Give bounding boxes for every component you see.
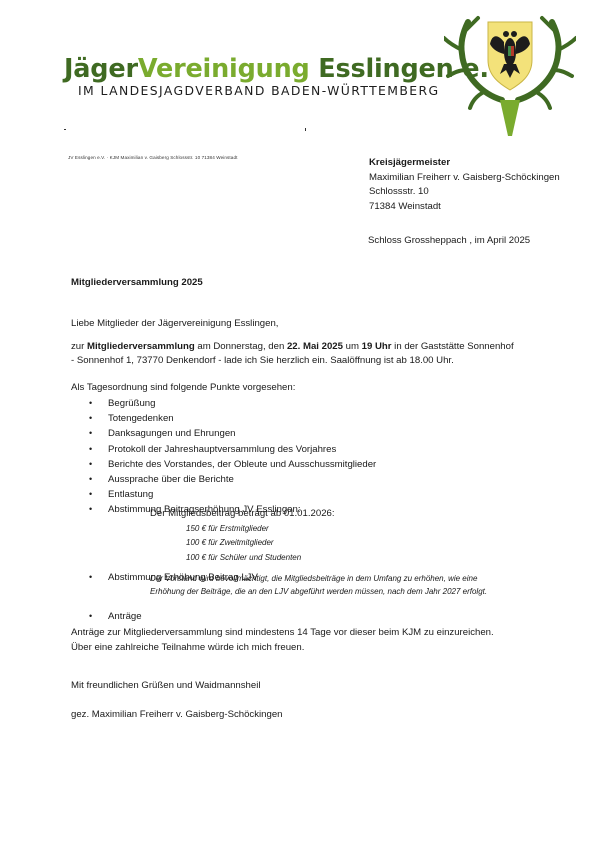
- bullet-icon: •: [89, 457, 92, 472]
- invitation-line-2: - Sonnenhof 1, 73770 Denkendorf - lade i…: [71, 354, 514, 368]
- signature: gez. Maximilian Freiherr v. Gaisberg-Sch…: [71, 709, 283, 720]
- ljv-note: Der Vorstand wird bevollmächtigt, die Mi…: [150, 573, 487, 598]
- deadline-line: Anträge zur Mitgliederversammlung sind m…: [71, 625, 494, 640]
- bullet-icon: •: [89, 487, 92, 502]
- organization-subtitle: IM LANDESJAGDVERBAND BADEN-WÜRTTEMBERG: [78, 83, 440, 98]
- deadline-line: Über eine zahlreiche Teilnahme würde ich…: [71, 640, 494, 655]
- agenda-item-label: Totengedenken: [108, 411, 174, 426]
- bullet-icon: •: [89, 502, 92, 517]
- closing: Mit freundlichen Grüßen und Waidmannshei…: [71, 680, 260, 691]
- recipient-street: Schlossstr. 10: [369, 185, 560, 200]
- bullet-icon: •: [89, 411, 92, 426]
- deadline-paragraph: Anträge zur Mitgliederversammlung sind m…: [71, 625, 494, 655]
- fee-item: 100 € für Zweitmitglieder: [186, 536, 301, 550]
- ljv-note-line: Erhöhung der Beiträge, die an den LJV ab…: [150, 586, 487, 599]
- bullet-icon: •: [89, 426, 92, 441]
- bullet-icon: •: [89, 442, 92, 457]
- agenda-item-label: Protokoll der Jahreshauptversammlung des…: [108, 442, 336, 457]
- fee-intro: Der Mitgliedsbeitrag beträgt ab 01.01.20…: [150, 508, 335, 519]
- agenda-item-label: Aussprache über die Berichte: [108, 472, 234, 487]
- text-span: um: [343, 341, 362, 352]
- agenda-item-label: Danksagungen und Ehrungen: [108, 426, 236, 441]
- salutation: Liebe Mitglieder der Jägervereinigung Es…: [71, 318, 278, 329]
- recipient-address: Kreisjägermeister Maximilian Freiherr v.…: [369, 156, 560, 214]
- bullet-icon: •: [89, 570, 92, 585]
- event-date: 22. Mai 2025: [287, 341, 343, 352]
- fee-list: 150 € für Erstmitglieder 100 € für Zweit…: [186, 522, 301, 565]
- recipient-city: 71384 Weinstadt: [369, 200, 560, 215]
- text-span: zur: [71, 341, 87, 352]
- invitation-line-1: zur Mitgliederversammlung am Donnerstag,…: [71, 340, 514, 354]
- text-span: am Donnerstag, den: [195, 341, 287, 352]
- fold-mark: [64, 129, 66, 130]
- bullet-icon: •: [89, 396, 92, 411]
- invitation-paragraph: zur Mitgliederversammlung am Donnerstag,…: [71, 340, 514, 368]
- agenda-item-label: Begrüßung: [108, 396, 155, 411]
- text-span: in der Gaststätte Sonnenhof: [392, 341, 514, 352]
- org-name-part2: Vereinigung: [138, 54, 310, 84]
- agenda-item-label: Anträge: [108, 609, 142, 624]
- ljv-note-line: Der Vorstand wird bevollmächtigt, die Mi…: [150, 573, 487, 586]
- fee-item: 100 € für Schüler und Studenten: [186, 551, 301, 565]
- bullet-icon: •: [89, 472, 92, 487]
- bullet-icon: •: [89, 609, 92, 624]
- agenda-intro: Als Tagesordnung sind folgende Punkte vo…: [71, 382, 295, 393]
- agenda-item-label: Berichte des Vorstandes, der Obleute und…: [108, 457, 376, 472]
- agenda-item-label: Entlastung: [108, 487, 153, 502]
- letter-subject: Mitgliederversammlung 2025: [71, 277, 203, 288]
- event-time: 19 Uhr: [362, 341, 392, 352]
- place-and-date: Schloss Grossheppach , im April 2025: [368, 235, 530, 246]
- fee-item: 150 € für Erstmitglieder: [186, 522, 301, 536]
- org-name-part1: Jäger: [64, 54, 138, 84]
- event-name: Mitgliederversammlung: [87, 341, 195, 352]
- sender-return-address: JV Esslingen e.V. · KJM Maximilian v. Ga…: [68, 155, 238, 160]
- recipient-name: Maximilian Freiherr v. Gaisberg-Schöckin…: [369, 171, 560, 186]
- fold-mark: [305, 128, 306, 131]
- recipient-title: Kreisjägermeister: [369, 156, 560, 171]
- antler-shield-emblem-icon: [444, 14, 576, 138]
